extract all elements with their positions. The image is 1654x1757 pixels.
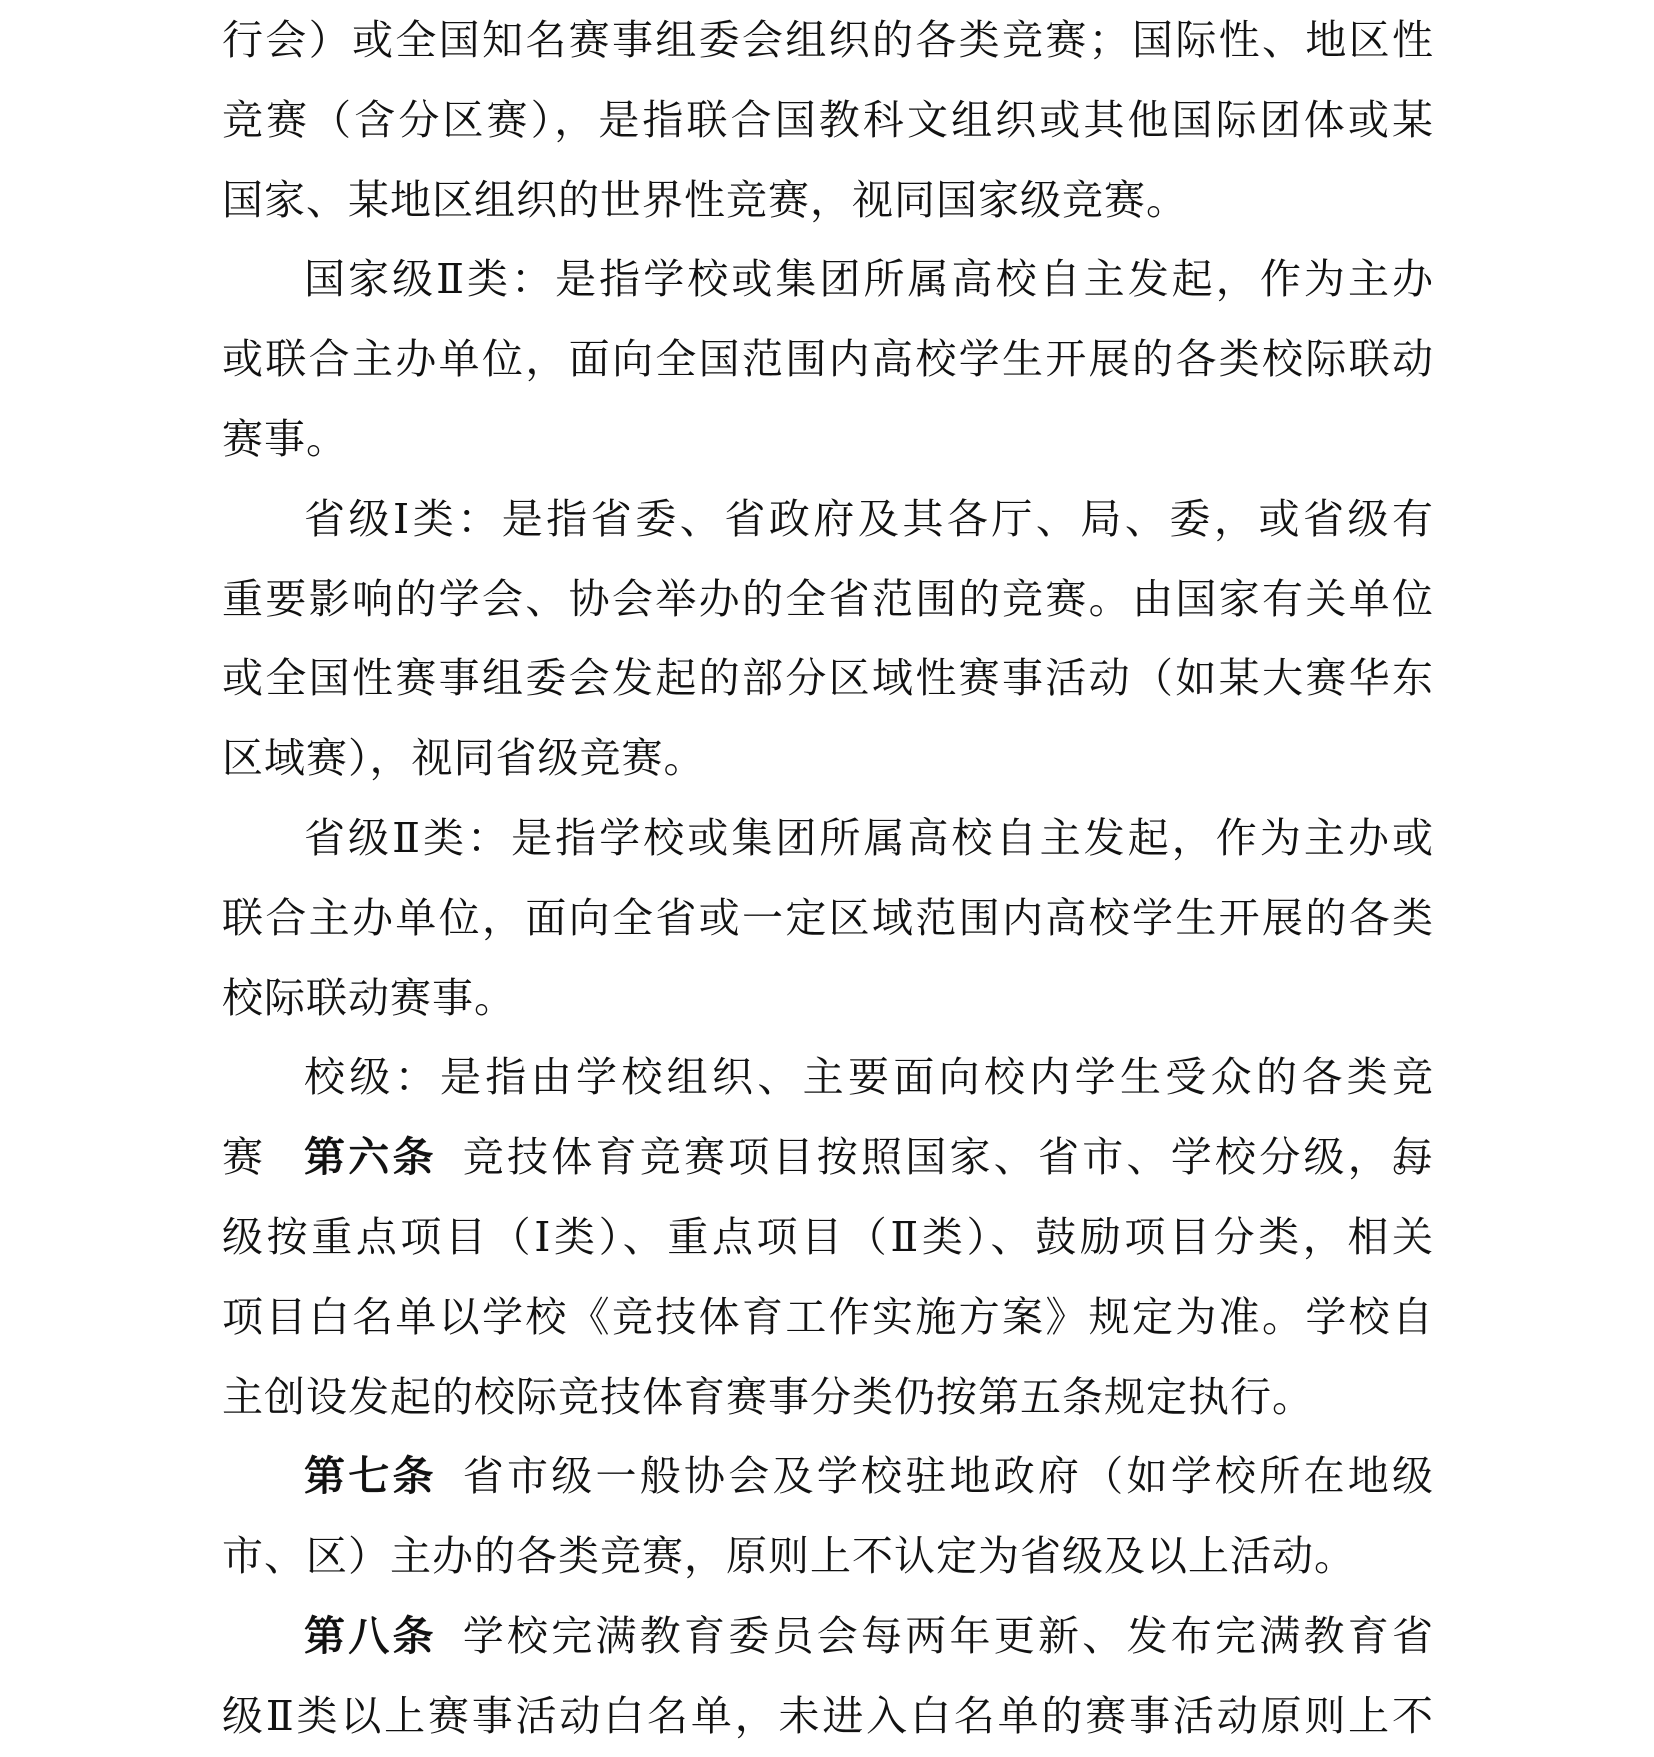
line-text: 校际联动赛事。 [222,975,516,1021]
line-text: 省市级一般协会及学校驻地政府（如学校所在地级 [463,1453,1434,1499]
line-text: 或全国性赛事组委会发起的部分区域性赛事活动（如某大赛华东 [222,655,1434,701]
text-line: 重要影响的学会、协会举办的全省范围的竞赛。由国家有关单位 [222,560,1434,640]
line-text: 国家级Ⅱ类：是指学校或集团所属高校自主发起，作为主办 [304,256,1434,302]
text-line: 或联合主办单位，面向全国范围内高校学生开展的各类校际联动 [222,320,1434,400]
text-line: 国家、某地区组织的世界性竞赛，视同国家级竞赛。 [222,161,1434,241]
line-text: 学校完满教育委员会每两年更新、发布完满教育省 [463,1613,1434,1659]
text-line: 主创设发起的校际竞技体育赛事分类仍按第五条规定执行。 [222,1358,1434,1438]
article-number: 第八条 [304,1613,437,1659]
text-line: 项目白名单以学校《竞技体育工作实施方案》规定为准。学校自 [222,1278,1434,1358]
text-line: 市、区）主办的各类竞赛，原则上不认定为省级及以上活动。 [222,1517,1434,1597]
text-line: 赛事。 [222,400,1434,480]
text-line: 省级Ⅱ类：是指学校或集团所属高校自主发起，作为主办或 [222,799,1434,879]
line-text: 竞赛（含分区赛），是指联合国教科文组织或其他国际团体或某 [222,97,1434,143]
line-text: 赛事。 [222,416,348,462]
text-line: 联合主办单位，面向全省或一定区域范围内高校学生开展的各类 [222,879,1434,959]
text-line: 第六条竞技体育竞赛项目按照国家、省市、学校分级，每 [222,1118,1434,1198]
line-text: 省级Ⅰ类：是指省委、省政府及其各厅、局、委，或省级有 [304,496,1434,542]
line-text: 区域赛），视同省级竞赛。 [222,735,706,781]
line-text: 行会）或全国知名赛事组委会组织的各类竞赛；国际性、地区性 [222,17,1434,63]
line-text: 重要影响的学会、协会举办的全省范围的竞赛。由国家有关单位 [222,576,1434,622]
text-line: 校级：是指由学校组织、主要面向校内学生受众的各类竞赛。 [222,1038,1434,1118]
article-number: 第七条 [304,1453,437,1499]
line-text: 项目白名单以学校《竞技体育工作实施方案》规定为准。学校自 [222,1294,1434,1340]
text-line: 省级Ⅰ类：是指省委、省政府及其各厅、局、委，或省级有 [222,480,1434,560]
line-text: 级Ⅱ类以上赛事活动白名单，未进入白名单的赛事活动原则上不 [222,1693,1434,1739]
text-line: 校际联动赛事。 [222,959,1434,1039]
line-text: 市、区）主办的各类竞赛，原则上不认定为省级及以上活动。 [222,1533,1356,1579]
line-text: 竞技体育竞赛项目按照国家、省市、学校分级，每 [463,1134,1434,1180]
text-line: 国家级Ⅱ类：是指学校或集团所属高校自主发起，作为主办 [222,240,1434,320]
document-page: 行会）或全国知名赛事组委会组织的各类竞赛；国际性、地区性 竞赛（含分区赛），是指… [0,0,1654,1757]
text-line: 或全国性赛事组委会发起的部分区域性赛事活动（如某大赛华东 [222,639,1434,719]
line-text: 级按重点项目（Ⅰ类）、重点项目（Ⅱ类）、鼓励项目分类，相关 [222,1214,1434,1260]
line-text: 国家、某地区组织的世界性竞赛，视同国家级竞赛。 [222,177,1188,223]
text-line: 级Ⅱ类以上赛事活动白名单，未进入白名单的赛事活动原则上不 [222,1677,1434,1757]
text-line: 第八条学校完满教育委员会每两年更新、发布完满教育省 [222,1597,1434,1677]
text-line: 第七条省市级一般协会及学校驻地政府（如学校所在地级 [222,1437,1434,1517]
line-text: 省级Ⅱ类：是指学校或集团所属高校自主发起，作为主办或 [304,815,1434,861]
line-text: 或联合主办单位，面向全国范围内高校学生开展的各类校际联动 [222,336,1434,382]
line-text: 主创设发起的校际竞技体育赛事分类仍按第五条规定执行。 [222,1374,1314,1420]
text-line: 行会）或全国知名赛事组委会组织的各类竞赛；国际性、地区性 [222,1,1434,81]
text-line: 级按重点项目（Ⅰ类）、重点项目（Ⅱ类）、鼓励项目分类，相关 [222,1198,1434,1278]
text-line: 竞赛（含分区赛），是指联合国教科文组织或其他国际团体或某 [222,81,1434,161]
text-line: 区域赛），视同省级竞赛。 [222,719,1434,799]
line-text: 联合主办单位，面向全省或一定区域范围内高校学生开展的各类 [222,895,1434,941]
article-number: 第六条 [304,1134,437,1180]
